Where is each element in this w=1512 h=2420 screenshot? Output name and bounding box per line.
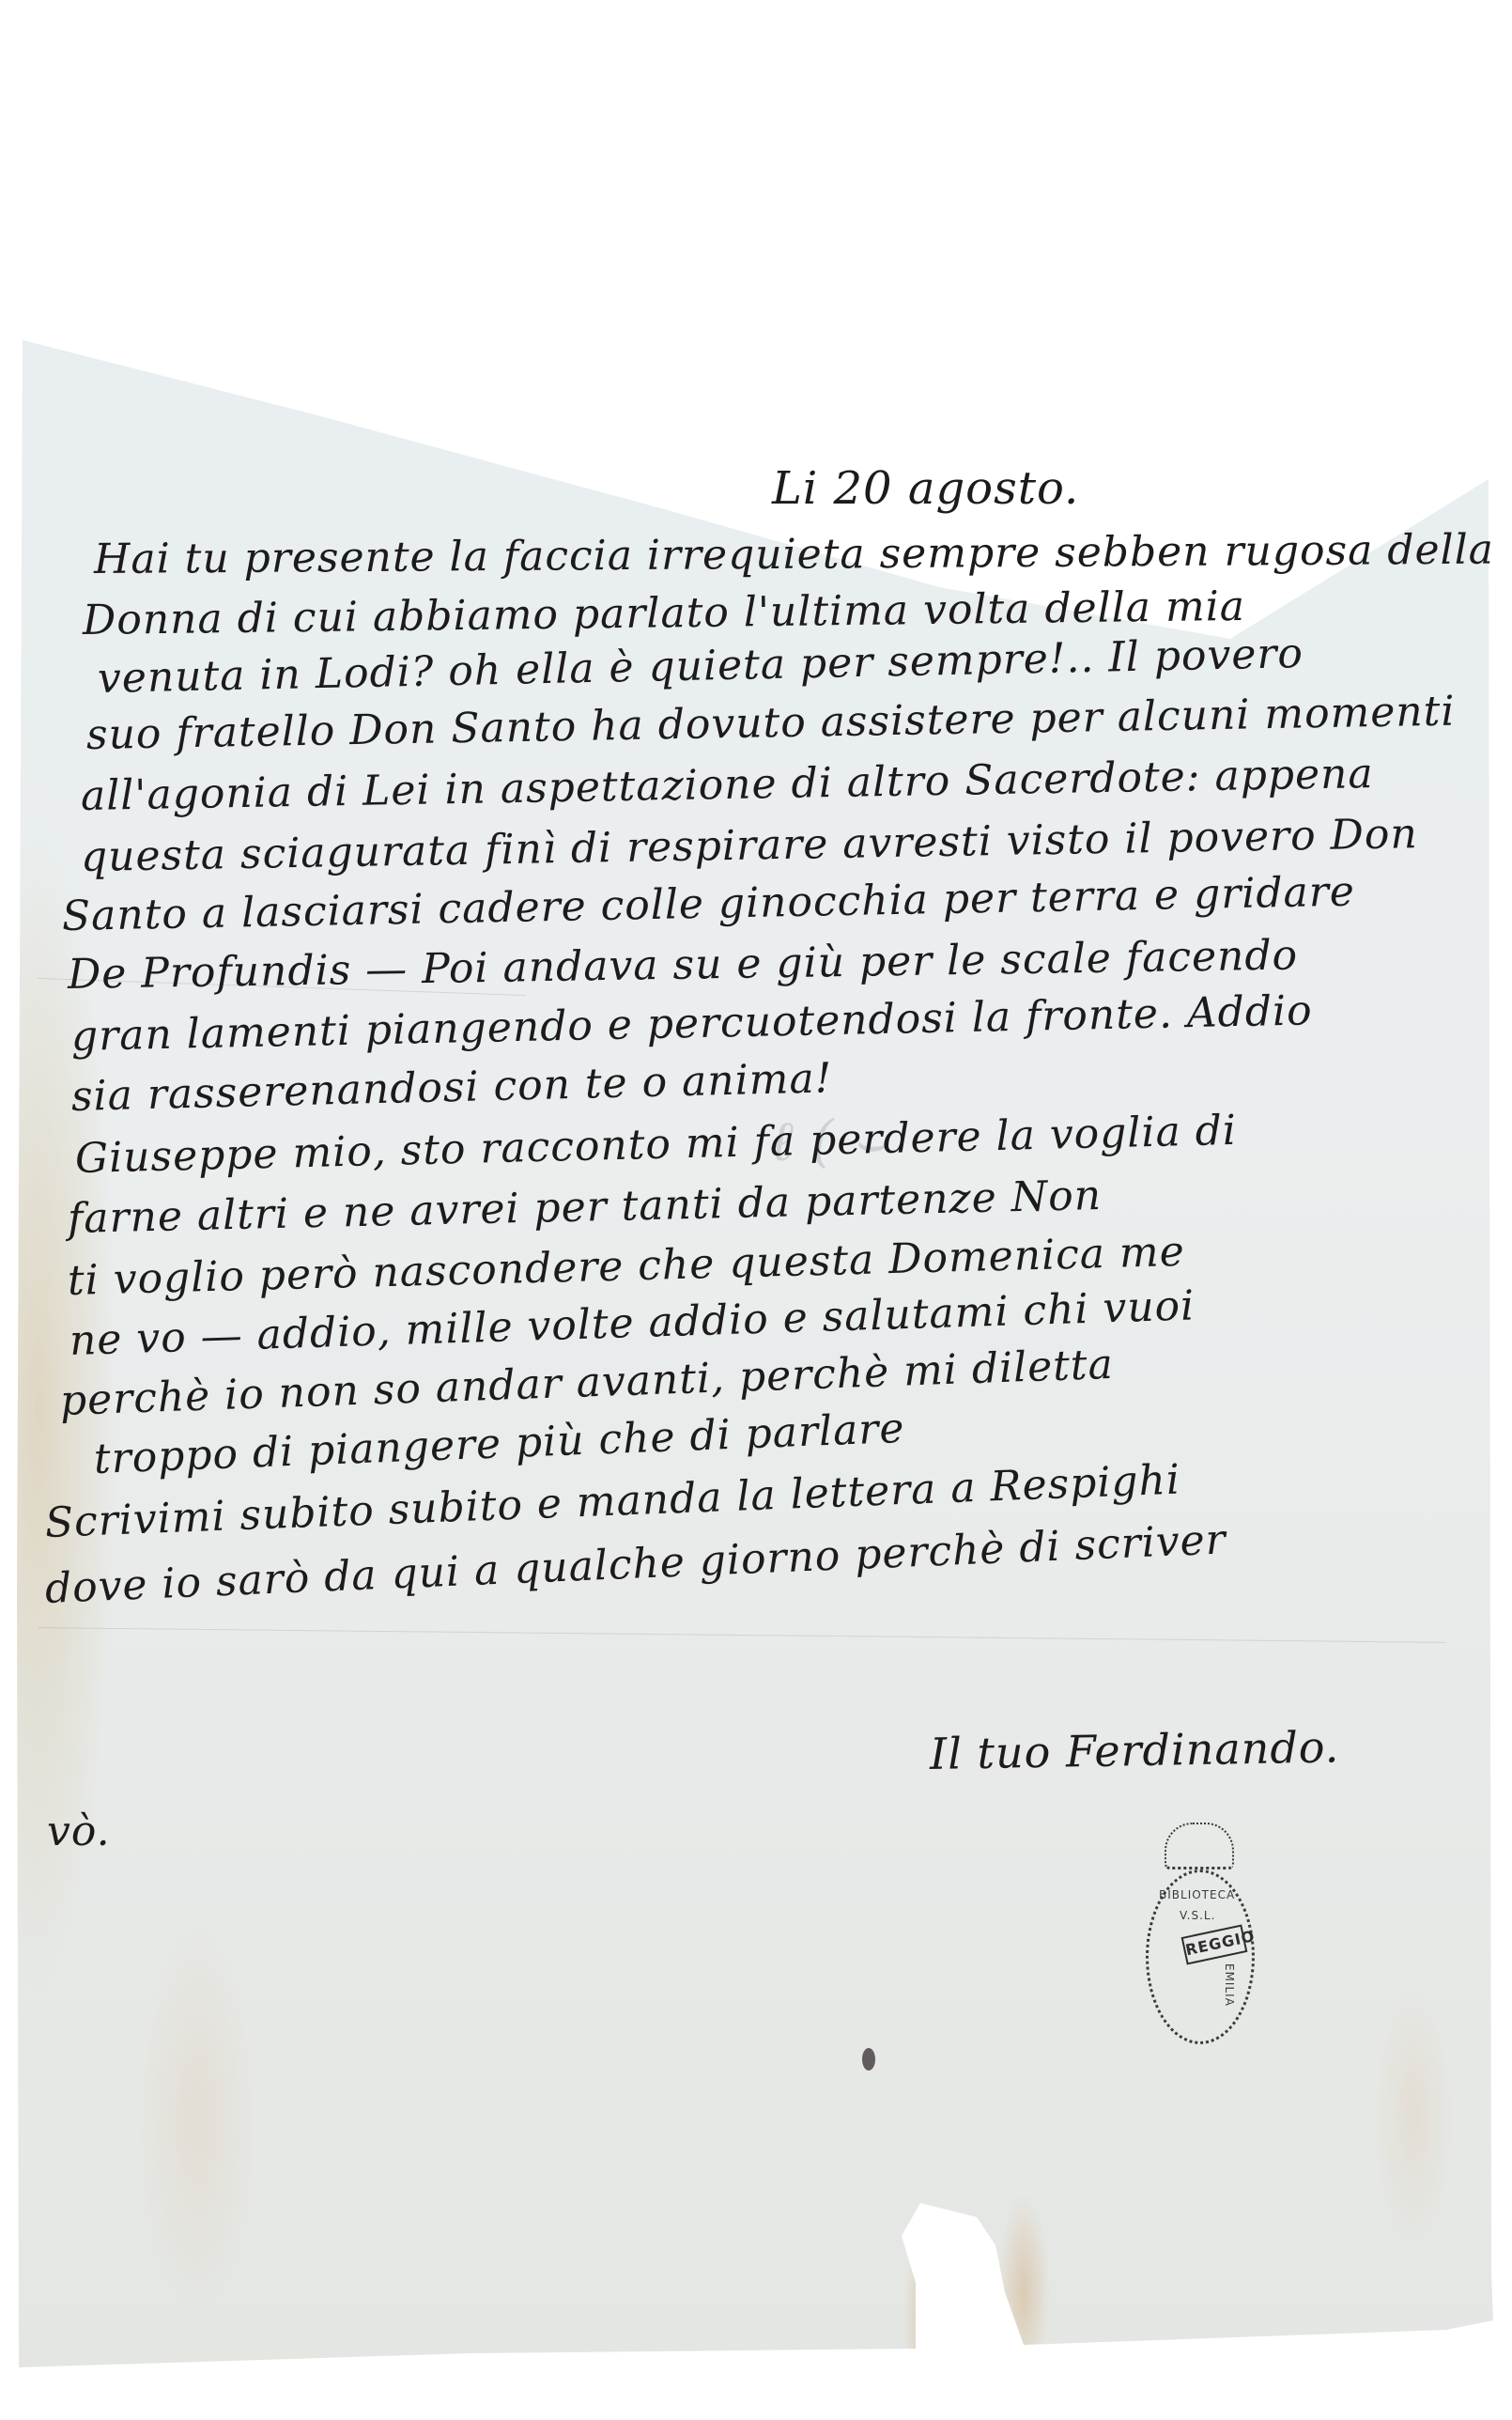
body-line-1: Hai tu presente la faccia irrequieta sem… xyxy=(94,526,1494,583)
ink-blot xyxy=(862,2048,875,2071)
paper-crease xyxy=(38,1627,1446,1643)
date-line: Li 20 agosto. xyxy=(772,462,1079,515)
stamp-top-text: BIBLIOTECA xyxy=(1159,1888,1235,1901)
signature: Il tuo Ferdinando. xyxy=(930,1721,1340,1779)
stamp-middle-text: V.S.L. xyxy=(1180,1909,1215,1922)
body-line-19: vò. xyxy=(47,1807,111,1855)
stamp-side-text: EMILIA xyxy=(1223,1963,1236,2007)
crown-icon xyxy=(1165,1823,1234,1869)
library-stamp: BIBLIOTECA V.S.L. REGGIO EMILIA xyxy=(1146,1823,1249,2048)
